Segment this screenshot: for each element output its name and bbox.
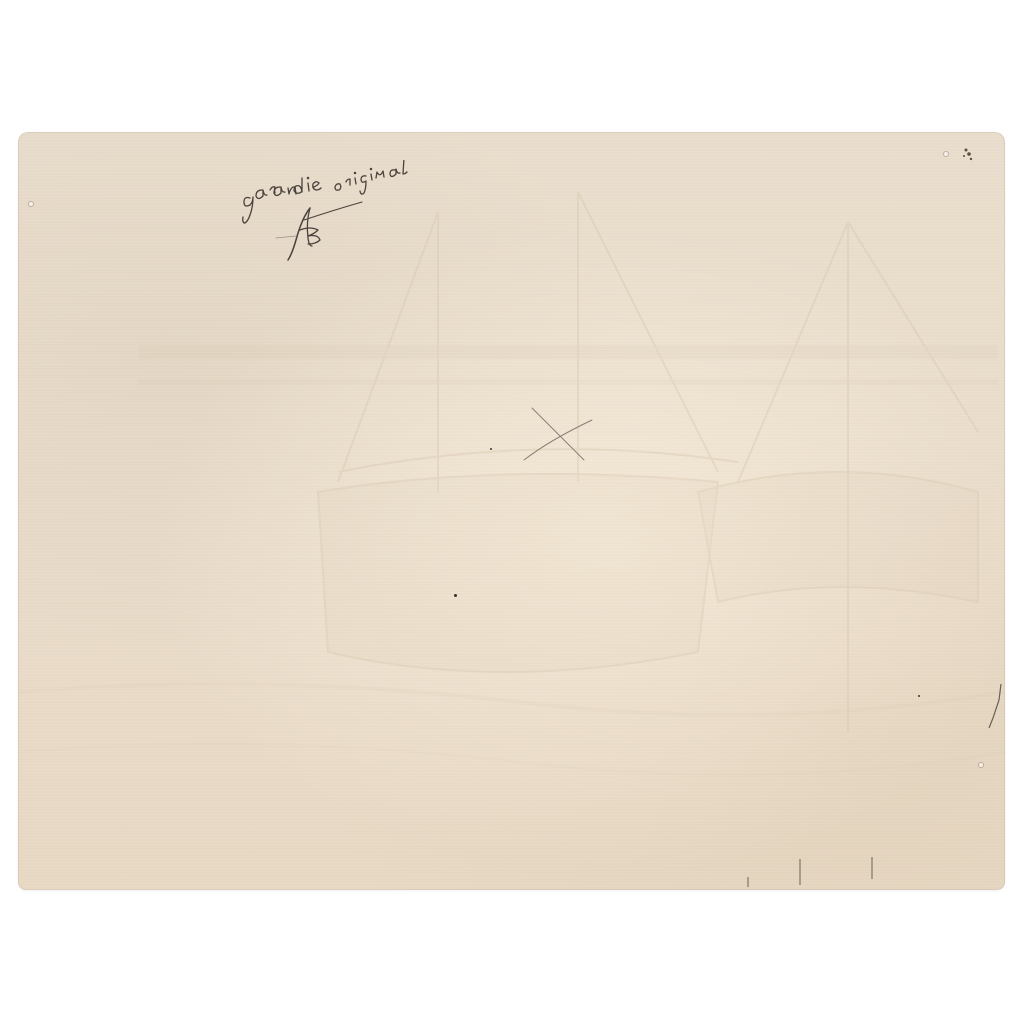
pin-hole — [979, 763, 983, 767]
dirt-speck — [490, 448, 492, 450]
photo-stage: garantie original — [0, 0, 1024, 1024]
paper-card — [18, 132, 1005, 890]
paper-texture — [18, 132, 1005, 890]
dirt-speck — [918, 695, 920, 697]
pin-hole — [29, 202, 33, 206]
print-through-ship-image — [18, 132, 1005, 890]
dirt-speck — [454, 594, 457, 597]
pin-hole — [944, 152, 948, 156]
